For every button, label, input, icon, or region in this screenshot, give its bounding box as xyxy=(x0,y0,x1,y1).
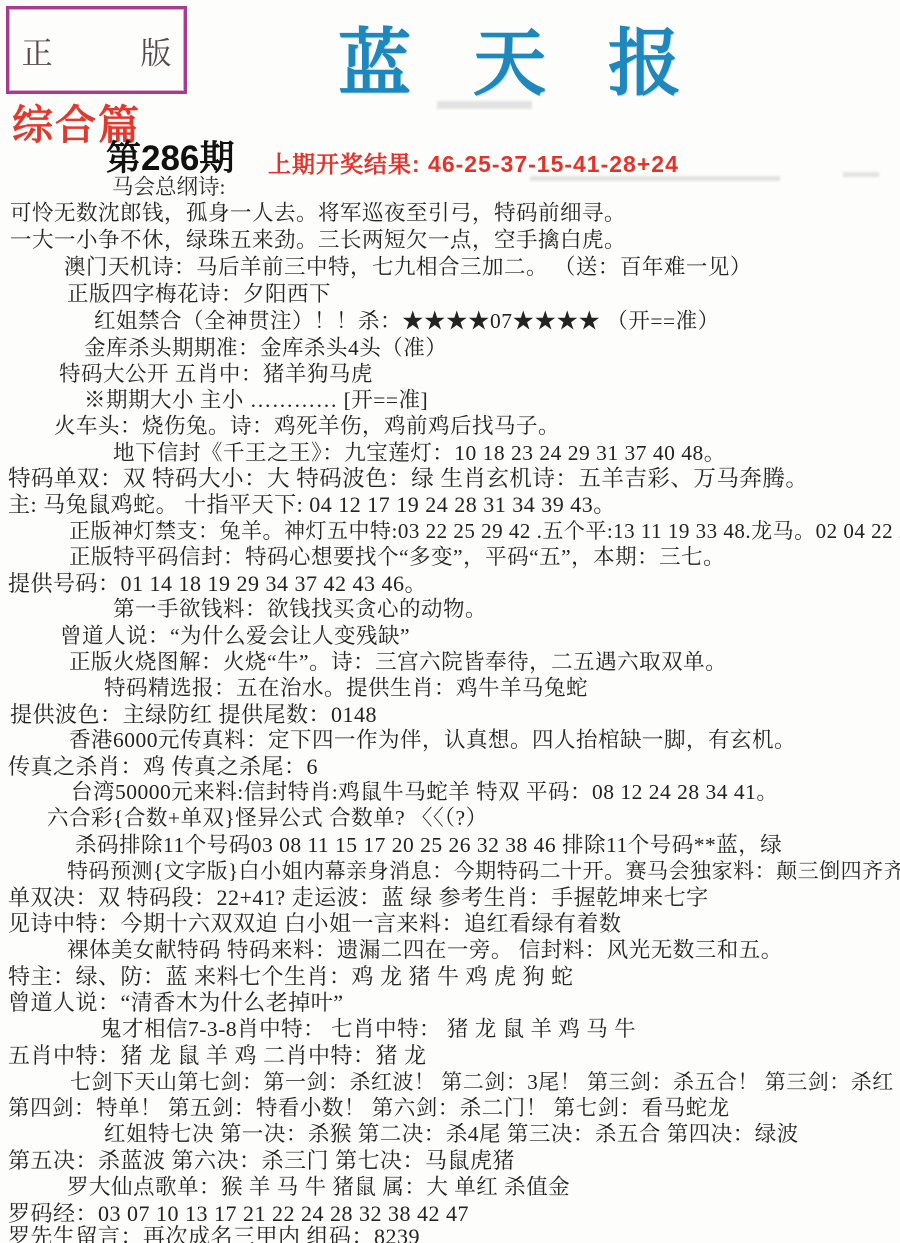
text-line-32: 鬼才相信7-3-8肖中特： 七肖中特： 猪 龙 鼠 羊 鸡 马 牛 xyxy=(100,1018,636,1042)
text-line-4: 正版四字梅花诗：夕阳西下 xyxy=(67,283,331,307)
text-line-20: 提供波色：主绿防红 提供尾数：0148 xyxy=(10,703,377,727)
text-line-6: 金库杀头期期准：金库杀头4头（准） xyxy=(84,337,447,361)
text-line-2: 一大一小争不休，绿珠五来劲。三长两短欠一点，空手擒白虎。 xyxy=(10,229,626,253)
poem-intro-label: 马会总纲诗: xyxy=(112,170,225,201)
text-line-8: ※期期大小 主小 ………… [开==准] xyxy=(84,389,428,413)
text-line-19: 特码精选报：五在治水。提供生肖：鸡牛羊马兔蛇 xyxy=(104,677,588,701)
text-line-21: 香港6000元传真料：定下四一作为伴，认真想。四人抬棺缺一脚，有玄机。 xyxy=(69,729,796,753)
previous-draw-result: 上期开奖结果: 46-25-37-15-41-28+24 xyxy=(268,146,679,179)
text-line-7: 特码大公开 五肖中：猪羊狗马虎 xyxy=(59,363,373,387)
text-line-18: 正版火烧图解：火烧“牛”。诗：三宫六院皆奉待，二五遇六取双单。 xyxy=(69,651,727,675)
text-line-14: 正版特平码信封：特码心想要找个“多变”，平码“五”，本期：三七。 xyxy=(69,546,725,570)
edition-badge-label: 正 版 xyxy=(22,28,212,73)
scan-artifact xyxy=(437,101,532,109)
text-line-40: 罗先生留言：再次成名三甲内 组码：8239 xyxy=(8,1225,420,1243)
newspaper-title: 蓝天报 xyxy=(338,4,743,109)
text-line-34: 七剑下天山第七剑：第一剑：杀红波！ 第二剑：3尾！ 第三剑：杀五合！ 第三剑：杀… xyxy=(70,1071,894,1094)
text-line-15: 提供号码：01 14 18 19 29 34 37 42 43 46。 xyxy=(8,572,427,596)
text-line-29: 裸体美女献特码 特码来料：遗漏二四在一旁。 信封料：风光无数三和五。 xyxy=(67,939,783,963)
text-line-28: 见诗中特：今期十六双双迫 白小姐一言来料：追红看绿有着数 xyxy=(8,912,622,936)
newspaper-page: 正 版 蓝天报 综合篇 第286期 上期开奖结果: 46-25-37-15-41… xyxy=(0,0,900,1243)
text-line-33: 五肖中特：猪 龙 鼠 羊 鸡 二肖中特：猪 龙 xyxy=(8,1044,427,1068)
text-line-35: 第四剑：特单！ 第五剑：特看小数！ 第六剑：杀二门！ 第七剑：看马蛇龙 xyxy=(8,1097,730,1121)
text-line-25: 杀码排除11个号码03 08 11 15 17 20 25 26 32 38 4… xyxy=(75,834,782,858)
text-line-30: 特主：绿、防：蓝 来料七个生肖：鸡 龙 猪 牛 鸡 虎 狗 蛇 xyxy=(8,965,574,989)
text-line-9: 火车头：烧伤兔。诗：鸡死羊伤，鸡前鸡后找马子。 xyxy=(54,415,560,439)
text-line-13: 正版神灯禁支：兔羊。神灯五中特:03 22 25 29 42 .五个平:13 1… xyxy=(69,520,900,543)
text-line-22: 传真之杀肖：鸡 传真之杀尾：6 xyxy=(8,755,318,779)
text-line-23: 台湾50000元来料:信封特肖:鸡鼠牛马蛇羊 特双 平码：08 12 24 28… xyxy=(71,781,778,805)
text-line-38: 罗大仙点歌单：猴 羊 马 牛 猪鼠 属：大 单红 杀值金 xyxy=(67,1176,570,1200)
text-line-5: 红姐禁合（全神贯注）！！杀：★★★★07★★★★ （开==准） xyxy=(94,310,720,334)
text-line-24: 六合彩{合数+单双}怪异公式 合数单? 〈〈（?） xyxy=(47,807,488,831)
scan-artifact xyxy=(843,172,879,177)
text-line-27: 单双决：双 特码段：22+41? 走运波：蓝 绿 参考生肖：手握乾坤来七字 xyxy=(8,886,709,910)
text-line-12: 主: 马兔鼠鸡蛇。 十指平天下: 04 12 17 19 24 28 31 34… xyxy=(8,493,616,517)
scan-artifact xyxy=(530,176,780,181)
text-line-11: 特码单双：双 特码大小：大 特码波色：绿 生肖玄机诗：五羊吉彩、万马奔腾。 xyxy=(8,467,808,492)
text-line-31: 曾道人说：“清香木为什么老掉叶” xyxy=(8,991,344,1015)
text-line-36: 红姐特七决 第一决：杀猴 第二决：杀4尾 第三决：杀五合 第四决：绿波 xyxy=(104,1123,799,1147)
text-line-16: 第一手欲钱料：欲钱找买贪心的动物。 xyxy=(113,598,487,622)
text-line-39: 罗码经：03 07 10 13 17 21 22 24 28 32 38 42 … xyxy=(8,1202,469,1226)
text-line-10: 地下信封《千王之王》：九宝莲灯：10 18 23 24 29 31 37 40 … xyxy=(113,442,726,466)
text-line-1: 可怜无数沈郎钱，孤身一人去。将军巡夜至引弓，特码前细寻。 xyxy=(10,202,626,226)
text-line-3: 澳门天机诗：马后羊前三中特，七九相合三加二。 （送：百年难一见） xyxy=(64,256,752,280)
edition-badge-box: 正 版 xyxy=(6,6,187,94)
text-line-26: 特码预测{文字版}白小姐内幕亲身消息：今期特码二十开。赛马会独家料：颠三倒四齐齐… xyxy=(67,860,900,883)
text-line-17: 曾道人说：“为什么爱会让人变残缺” xyxy=(60,625,410,649)
text-line-37: 第五决：杀蓝波 第六决：杀三门 第七决：马鼠虎猪 xyxy=(8,1149,515,1173)
